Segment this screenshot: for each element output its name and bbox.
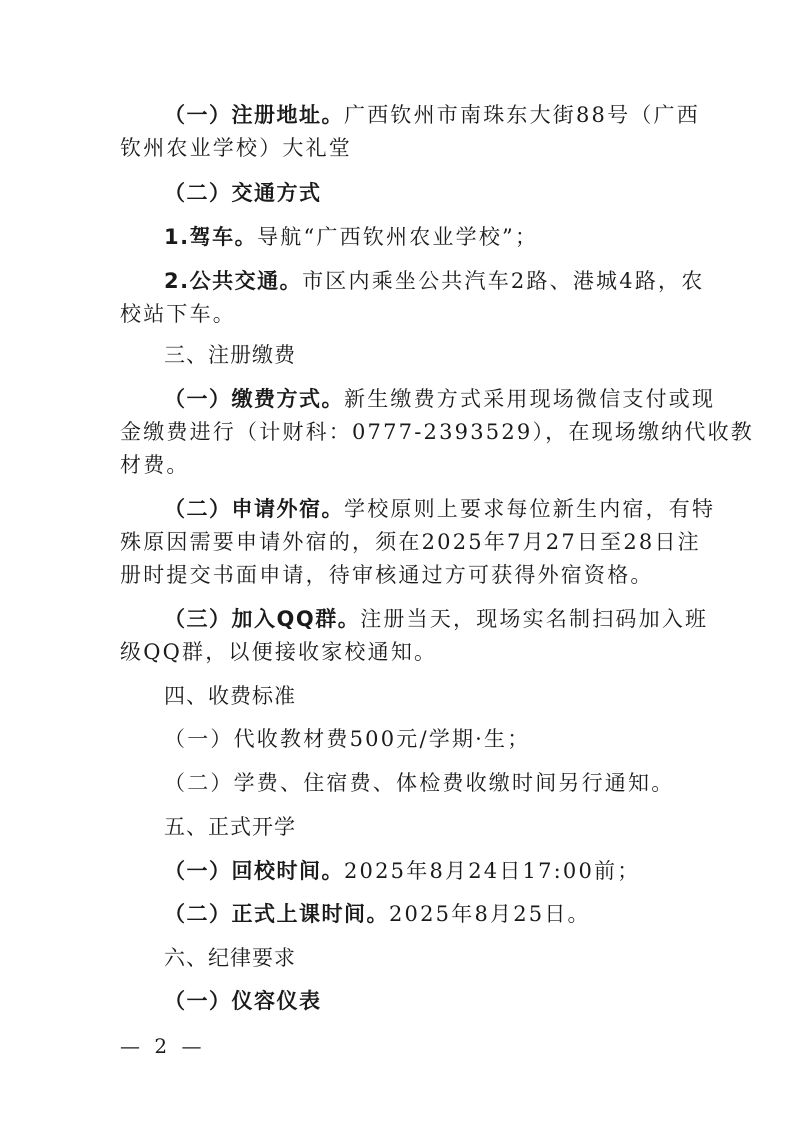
paragraph-public-transport: 2.公共交通。市区内乘坐公共汽车2路、港城4路，农 <box>164 265 682 298</box>
paragraph-payment-method: （一）缴费方式。新生缴费方式采用现场微信支付或现 <box>164 383 682 416</box>
paragraph-line: 钦州农业学校）大礼堂 <box>120 132 682 165</box>
text: 册时提交书面申请，待审核通过方可获得外宿资格。 <box>120 563 654 587</box>
paragraph-other-fees: （二）学费、住宿费、体检费收缴时间另行通知。 <box>164 767 682 800</box>
section-heading-4: 四、收费标准 <box>164 680 682 713</box>
heading-transport: （二）交通方式 <box>164 177 682 210</box>
document-page: （一）注册地址。广西钦州市南珠东大街88号（广西 钦州农业学校）大礼堂 （二）交… <box>0 0 800 1131</box>
paragraph-line: 材费。 <box>120 449 682 482</box>
paragraph-line: 册时提交书面申请，待审核通过方可获得外宿资格。 <box>120 559 682 592</box>
paragraph-textbook-fee: （一）代收教材费500元/学期·生； <box>164 723 682 756</box>
paragraph-driving: 1.驾车。导航“广西钦州农业学校”； <box>164 221 682 254</box>
text: 学校原则上要求每位新生内宿，有特 <box>344 497 715 521</box>
section-heading-3: 三、注册缴费 <box>164 339 682 372</box>
text: 导航“广西钦州农业学校”； <box>257 225 538 249</box>
label: （三）加入QQ群。 <box>164 607 360 631</box>
label: （二）申请外宿。 <box>164 497 344 521</box>
text: 金缴费进行（计财科：0777-2393529），在现场缴纳代收教 <box>120 420 754 444</box>
text: 2025年8月25日。 <box>389 902 591 926</box>
page-number: — 2 — <box>120 1034 205 1058</box>
label: （二）交通方式 <box>164 181 322 205</box>
text: 级QQ群，以便接收家校通知。 <box>120 640 437 664</box>
paragraph-line: 校站下车。 <box>120 298 682 331</box>
text: 新生缴费方式采用现场微信支付或现 <box>344 387 715 411</box>
label: （一）回校时间。 <box>164 859 344 883</box>
label: 2.公共交通。 <box>164 269 302 293</box>
paragraph-registration-address: （一）注册地址。广西钦州市南珠东大街88号（广西 <box>164 99 682 132</box>
paragraph-line: 殊原因需要申请外宿的，须在2025年7月27日至28日注 <box>120 526 682 559</box>
section-heading-5: 五、正式开学 <box>164 811 682 844</box>
section-heading-6: 六、纪律要求 <box>164 942 682 975</box>
text: 材费。 <box>120 453 190 477</box>
label: 1.驾车。 <box>164 225 257 249</box>
text: 注册当天，现场实名制扫码加入班 <box>360 607 708 631</box>
text: 广西钦州市南珠东大街88号（广西 <box>344 103 700 127</box>
paragraph-line: 级QQ群，以便接收家校通知。 <box>120 636 682 669</box>
paragraph-return-time: （一）回校时间。2025年8月24日17:00前； <box>164 855 682 888</box>
label: （一）缴费方式。 <box>164 387 344 411</box>
paragraph-qq-group: （三）加入QQ群。注册当天，现场实名制扫码加入班 <box>164 603 682 636</box>
paragraph-off-campus: （二）申请外宿。学校原则上要求每位新生内宿，有特 <box>164 493 682 526</box>
label: （二）正式上课时间。 <box>164 902 389 926</box>
paragraph-appearance: （一）仪容仪表 <box>164 985 682 1018</box>
paragraph-line: 金缴费进行（计财科：0777-2393529），在现场缴纳代收教 <box>120 416 682 449</box>
text: 校站下车。 <box>120 302 236 326</box>
text: 市区内乘坐公共汽车2路、港城4路，农 <box>302 269 704 293</box>
paragraph-class-start: （二）正式上课时间。2025年8月25日。 <box>164 898 682 931</box>
label: （一）仪容仪表 <box>164 989 322 1013</box>
text: 钦州农业学校）大礼堂 <box>120 136 352 160</box>
label: （一）注册地址。 <box>164 103 344 127</box>
text: 殊原因需要申请外宿的，须在2025年7月27日至28日注 <box>120 530 701 554</box>
text: 2025年8月24日17:00前； <box>344 859 640 883</box>
